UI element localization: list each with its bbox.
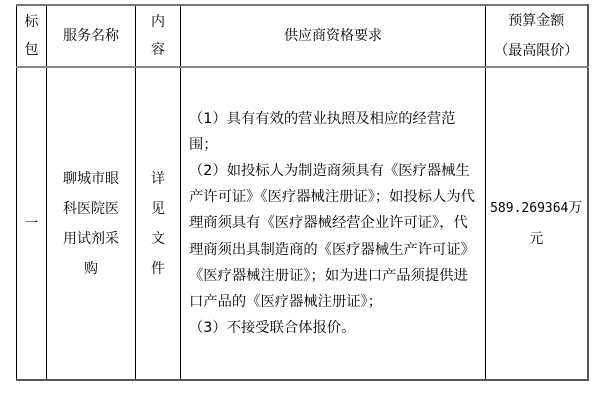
header-requirements-label: 供应商资格要求 xyxy=(181,21,485,51)
cell-content: 详见文件 xyxy=(136,67,181,380)
header-service-name-label: 服务名称 xyxy=(47,21,135,51)
header-package: 标包 xyxy=(17,5,47,67)
header-content: 内容 xyxy=(136,5,181,67)
table-header-row: 标包 服务名称 内容 供应商资格要求 预算金额 （最高限价） xyxy=(17,5,588,67)
header-budget: 预算金额 （最高限价） xyxy=(486,5,588,67)
content-value: 详见文件 xyxy=(151,164,165,284)
cell-requirements: （1）具有有效的营业执照及相应的经营范围； （2）如投标人为制造商须具有《医疗器… xyxy=(181,67,486,380)
requirement-item-3: （3）不接受联合体报价。 xyxy=(189,315,479,341)
requirement-item-1: （1）具有有效的营业执照及相应的经营范围； xyxy=(189,106,479,158)
service-name-value: 聊城市眼科医院医用试剂采购 xyxy=(60,164,122,284)
cell-package: 一 xyxy=(17,67,47,380)
header-budget-line2: （最高限价） xyxy=(486,36,587,66)
header-budget-line1: 预算金额 xyxy=(486,6,587,36)
header-service-name: 服务名称 xyxy=(47,5,136,67)
header-requirements: 供应商资格要求 xyxy=(181,5,486,67)
budget-value: 589.269364万元 xyxy=(486,193,587,254)
table-row: 一 聊城市眼科医院医用试剂采购 详见文件 （1）具有有效的营业执照及相应的经营范… xyxy=(17,67,588,380)
header-package-label: 标包 xyxy=(25,8,39,64)
budget-number: 589.269364 xyxy=(490,201,568,216)
package-value: 一 xyxy=(17,209,46,239)
header-content-label: 内容 xyxy=(151,8,165,64)
requirement-item-2: （2）如投标人为制造商须具有《医疗器械生产许可证》《医疗器械注册证》；如投标人为… xyxy=(189,158,479,315)
procurement-table: 标包 服务名称 内容 供应商资格要求 预算金额 （最高限价） 一 聊城市眼科医院… xyxy=(16,4,589,381)
cell-budget: 589.269364万元 xyxy=(486,67,588,380)
cell-service-name: 聊城市眼科医院医用试剂采购 xyxy=(47,67,136,380)
